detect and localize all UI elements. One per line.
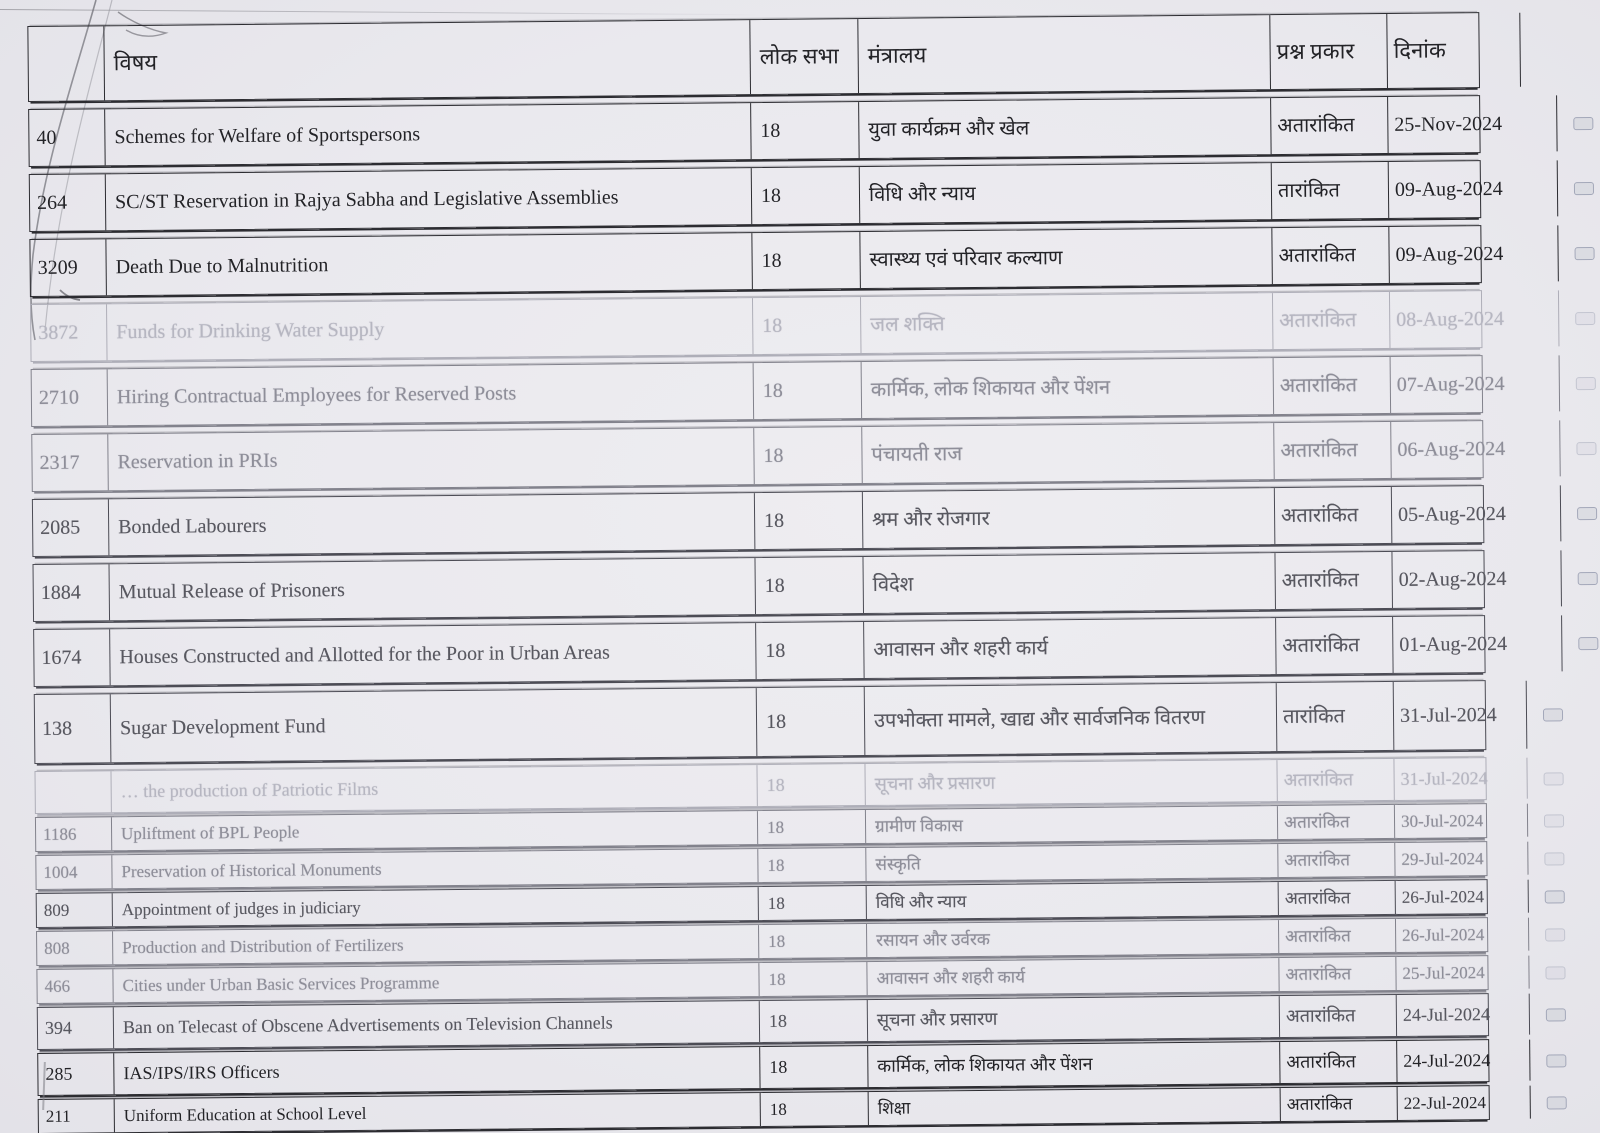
cell-ministry: विधि और न्याय [859, 163, 1272, 223]
cell-house: 18 [751, 232, 860, 289]
cell-qtype: अतारांकित [1278, 919, 1395, 953]
column-header-ministry: मंत्रालय [857, 15, 1270, 93]
stamp-cell [1529, 993, 1579, 1034]
cell-qtype: अतारांकित [1272, 292, 1390, 349]
cell-text: Appointment of judges in judiciary [122, 894, 752, 921]
cell-text: 05-Aug-2024 [1398, 502, 1518, 528]
cell-ministry: रसायन और उर्वरक [866, 920, 1278, 957]
cell-subject: Schemes for Welfare of Sportspersons [104, 103, 751, 165]
table-row: 40Schemes for Welfare of Sportspersons18… [28, 95, 1480, 167]
cell-ministry: विधि और न्याय [866, 882, 1278, 919]
cell-date: 31-Jul-2024 [1393, 758, 1526, 800]
cell-text: 26-Jul-2024 [1402, 886, 1522, 908]
cell-text: सूचना और प्रसारण [875, 770, 1271, 796]
cell-ministry: जल शक्ति [860, 293, 1273, 353]
cell-subject: Sugar Development Fund [110, 688, 757, 762]
table-row: 264SC/ST Reservation in Rajya Sabha and … [29, 160, 1481, 232]
cell-num: 2710 [32, 369, 108, 426]
cell-text: संस्कृति [875, 851, 1271, 876]
cell-date: 09-Aug-2024 [1388, 160, 1558, 218]
cell-text: 264 [37, 191, 99, 216]
cell-text: 40 [36, 126, 98, 151]
stamp-cell [1528, 879, 1578, 912]
cell-num: 264 [30, 174, 106, 231]
cell-text: अतारांकित [1286, 1005, 1390, 1028]
cell-date: 22-Jul-2024 [1397, 1086, 1530, 1120]
cell-num: 3209 [30, 239, 106, 296]
cell-house: 18 [757, 848, 865, 882]
cell-text: 09-Aug-2024 [1395, 242, 1515, 268]
cell-num: 2317 [32, 434, 108, 491]
table-header-row: विषयलोक सभामंत्रालयप्रश्न प्रकारदिनांक [27, 12, 1480, 102]
stamp-cell [1560, 485, 1600, 541]
cell-house: 18 [750, 102, 859, 159]
cell-text: 1186 [43, 824, 105, 845]
column-header-label: दिनांक [1394, 37, 1514, 65]
cell-subject: Funds for Drinking Water Supply [106, 298, 753, 360]
cell-num: 40 [29, 109, 105, 166]
cell-text: Mutual Release of Prisoners [119, 574, 749, 604]
stamp-cell [1557, 160, 1600, 216]
cell-qtype: अतारांकित [1276, 759, 1393, 801]
cell-text: 18 [765, 638, 857, 663]
cell-subject: Reservation in PRIs [107, 428, 754, 490]
cell-subject: Mutual Release of Prisoners [109, 558, 756, 620]
cell-date: 26-Jul-2024 [1395, 918, 1528, 952]
cell-qtype: अतारांकित [1270, 97, 1388, 154]
cell-house: 18 [753, 362, 862, 419]
cell-text [43, 792, 105, 793]
cell-text: Ban on Telecast of Obscene Advertisement… [123, 1011, 753, 1039]
cell-text: Production and Distribution of Fertilize… [122, 932, 752, 959]
cell-text: जल शक्ति [870, 309, 1266, 337]
cell-text: SC/ST Reservation in Rajya Sabha and Leg… [115, 184, 745, 214]
cell-qtype: अतारांकित [1277, 805, 1394, 839]
cell-text: Uniform Education at School Level [124, 1100, 754, 1127]
stamp-icon [1575, 312, 1595, 325]
cell-house: 18 [753, 427, 862, 484]
cell-date: 25-Nov-2024 [1387, 95, 1557, 153]
cell-text: 18 [769, 1010, 861, 1033]
cell-text: 18 [764, 508, 856, 533]
stamp-cell [1557, 225, 1600, 281]
cell-text: 1884 [41, 581, 103, 606]
stamp-icon [1577, 507, 1597, 520]
cell-date: 05-Aug-2024 [1391, 485, 1561, 543]
cell-text: 01-Aug-2024 [1399, 632, 1519, 658]
cell-num: 809 [37, 893, 112, 927]
column-header-date: दिनांक [1386, 13, 1520, 88]
cell-qtype: अतारांकित [1278, 957, 1395, 991]
column-header-subject: विषय [103, 20, 750, 100]
cell-qtype: अतारांकित [1278, 881, 1395, 915]
cell-ministry: ग्रामीण विकास [865, 806, 1277, 843]
stamp-icon [1545, 928, 1565, 941]
cell-num: 1674 [34, 629, 110, 686]
stamp-icon [1576, 377, 1596, 390]
cell-text: 18 [768, 893, 860, 915]
cell-ministry: उपभोक्ता मामले, खाद्य और सार्वजनिक वितरण [864, 683, 1277, 755]
cell-text: 24-Jul-2024 [1403, 1004, 1523, 1027]
cell-text: Hiring Contractual Employees for Reserve… [117, 379, 747, 409]
cell-text: अतारांकित [1282, 633, 1386, 658]
cell-text: 18 [762, 313, 854, 338]
column-header-label: प्रश्न प्रकार [1277, 38, 1381, 66]
cell-text: अतारांकित [1281, 503, 1385, 528]
cell-text: 18 [762, 248, 854, 273]
stamp-cell [1559, 355, 1600, 411]
stamp-cell [1560, 550, 1600, 606]
cell-num: 1004 [36, 855, 111, 889]
cell-date: 09-Aug-2024 [1388, 225, 1558, 283]
cell-text: अतारांकित [1284, 850, 1388, 872]
cell-text: पंचायती राज [871, 439, 1267, 467]
cell-qtype: अतारांकित [1279, 995, 1396, 1037]
cell-num [35, 771, 110, 813]
cell-text: अतारांकित [1280, 438, 1384, 463]
cell-text: Funds for Drinking Water Supply [116, 314, 746, 344]
cell-text: 18 [767, 855, 859, 877]
cell-qtype: तारांकित [1276, 682, 1394, 751]
cell-subject: Preservation of Historical Monuments [111, 849, 757, 888]
cell-num: 808 [37, 931, 112, 965]
cell-text: अतारांकित [1282, 568, 1386, 593]
cell-house: 18 [758, 962, 866, 996]
cell-text: युवा कार्यक्रम और खेल [868, 114, 1264, 142]
stamp-icon [1545, 890, 1565, 903]
table-row: 3872Funds for Drinking Water Supply18जल … [30, 290, 1482, 362]
cell-subject: Upliftment of BPL People [111, 811, 757, 850]
cell-text: 18 [767, 817, 859, 839]
cell-date: 24-Jul-2024 [1396, 1040, 1529, 1082]
cell-text: 25-Nov-2024 [1394, 112, 1514, 138]
scanned-document-page: विषयलोक सभामंत्रालयप्रश्न प्रकारदिनांक40… [0, 0, 1600, 1133]
cell-text: 2085 [40, 516, 102, 541]
cell-house: 18 [758, 886, 866, 920]
table-row: 138Sugar Development Fund18उपभोक्ता मामल… [34, 680, 1487, 764]
stamp-icon [1544, 852, 1564, 865]
cell-text: Sugar Development Fund [120, 710, 750, 740]
cell-ministry: सूचना और प्रसारण [867, 996, 1279, 1041]
cell-text: विदेश [873, 569, 1269, 597]
cell-text: 18 [768, 969, 860, 991]
cell-text: कार्मिक, लोक शिकायत और पेंशन [871, 374, 1267, 402]
cell-text: तारांकित [1283, 704, 1387, 729]
cell-date: 30-Jul-2024 [1394, 804, 1527, 838]
cell-subject: Ban on Telecast of Obscene Advertisement… [113, 1001, 759, 1048]
cell-text: 18 [767, 774, 859, 797]
cell-qtype: अतारांकित [1273, 422, 1391, 479]
cell-text: 24-Jul-2024 [1403, 1050, 1523, 1073]
cell-text: 06-Aug-2024 [1397, 437, 1517, 463]
column-header-num [28, 26, 104, 101]
cell-ministry: सूचना और प्रसारण [864, 760, 1276, 805]
stamp-cell [1561, 615, 1600, 671]
cell-text: Schemes for Welfare of Sportspersons [114, 119, 744, 149]
cell-qtype: अतारांकित [1277, 843, 1394, 877]
cell-date: 24-Jul-2024 [1396, 994, 1529, 1036]
cell-text: स्वास्थ्य एवं परिवार कल्याण [870, 244, 1266, 272]
cell-text: 02-Aug-2024 [1399, 567, 1519, 593]
cell-num: 211 [39, 1099, 114, 1133]
stamp-cell [1558, 290, 1600, 346]
cell-text: Houses Constructed and Allotted for the … [119, 639, 749, 669]
cell-text: 138 [42, 717, 104, 742]
cell-date: 08-Aug-2024 [1389, 290, 1559, 348]
cell-text: 211 [46, 1106, 108, 1127]
cell-text: 07-Aug-2024 [1397, 372, 1517, 398]
stamp-cell [1527, 841, 1577, 874]
cell-house: 18 [755, 622, 864, 679]
cell-text: अतारांकित [1284, 812, 1388, 834]
cell-text: 808 [44, 938, 106, 959]
cell-text: 18 [763, 443, 855, 468]
cell-house: 18 [757, 810, 865, 844]
cell-ministry: आवासन और शहरी कार्य [866, 958, 1278, 995]
cell-text: आवासन और शहरी कार्य [873, 634, 1269, 662]
cell-text: Bonded Labourers [118, 509, 748, 539]
cell-date: 29-Jul-2024 [1394, 842, 1527, 876]
cell-ministry: श्रम और रोजगार [862, 488, 1275, 548]
stamp-icon [1546, 1054, 1566, 1067]
stamp-cell [1556, 95, 1600, 151]
cell-num: 1884 [34, 564, 110, 621]
cell-house: 18 [754, 492, 863, 549]
stamp-icon [1546, 1008, 1566, 1021]
cell-subject: SC/ST Reservation in Rajya Sabha and Leg… [105, 168, 752, 230]
cell-text: Cities under Urban Basic Services Progra… [122, 970, 752, 997]
cell-house: 18 [758, 924, 866, 958]
cell-text: अतारांकित [1287, 1094, 1391, 1116]
cell-text: 31-Jul-2024 [1401, 768, 1521, 791]
cell-house: 18 [752, 297, 861, 354]
cell-date: 25-Jul-2024 [1395, 956, 1528, 990]
cell-ministry: कार्मिक, लोक शिकायत और पेंशन [867, 1042, 1279, 1087]
cell-text: ग्रामीण विकास [875, 813, 1271, 838]
header-stamp-cell [1519, 12, 1570, 86]
cell-ministry: आवासन और शहरी कार्य [863, 618, 1276, 678]
cell-house: 18 [759, 1046, 867, 1088]
cell-qtype: अतारांकित [1275, 617, 1393, 674]
cell-text: 1674 [41, 646, 103, 671]
cell-house: 18 [751, 167, 860, 224]
column-header-label: विषय [114, 44, 744, 77]
stamp-icon [1575, 247, 1595, 260]
cell-text: 18 [765, 573, 857, 598]
cell-text: रसायन और उर्वरक [876, 927, 1272, 952]
cell-text: 18 [769, 1056, 861, 1079]
cell-text: Reservation in PRIs [117, 444, 747, 474]
cell-text: 08-Aug-2024 [1396, 307, 1516, 333]
cell-subject: Appointment of judges in judiciary [112, 887, 758, 926]
cell-text: 809 [44, 900, 106, 921]
cell-text: अतारांकित [1285, 964, 1389, 986]
cell-text: 3872 [38, 321, 100, 346]
cell-text: 2710 [39, 386, 101, 411]
cell-subject: Production and Distribution of Fertilize… [112, 925, 758, 964]
cell-text: … the production of Patriotic Films [121, 775, 751, 803]
table-row: 2317Reservation in PRIs18पंचायती राजअतार… [31, 420, 1483, 492]
cell-num: 466 [37, 969, 112, 1003]
cell-text: 26-Jul-2024 [1402, 924, 1522, 946]
stamp-icon [1573, 117, 1593, 130]
table-row: 3209Death Due to Malnutrition18स्वास्थ्य… [29, 225, 1481, 297]
cell-num: 2085 [33, 499, 109, 556]
cell-text: IAS/IPS/IRS Officers [123, 1057, 753, 1085]
cell-text: अतारांकित [1285, 888, 1389, 910]
cell-text: 31-Jul-2024 [1400, 703, 1520, 729]
cell-text: अतारांकित [1278, 243, 1382, 268]
cell-ministry: कार्मिक, लोक शिकायत और पेंशन [861, 358, 1274, 418]
cell-date: 01-Aug-2024 [1392, 615, 1562, 673]
cell-subject: Cities under Urban Basic Services Progra… [112, 963, 758, 1002]
cell-text: विधि और न्याय [876, 889, 1272, 914]
cell-qtype: अतारांकित [1271, 227, 1389, 284]
cell-text: 18 [763, 378, 855, 403]
cell-ministry: शिक्षा [868, 1088, 1280, 1125]
stamp-icon [1544, 772, 1564, 785]
cell-house: 18 [756, 687, 865, 756]
cell-ministry: पंचायती राज [861, 423, 1274, 483]
cell-date: 26-Jul-2024 [1395, 880, 1528, 914]
cell-text: 466 [44, 976, 106, 997]
stamp-cell [1528, 917, 1578, 950]
cell-text: श्रम और रोजगार [872, 504, 1268, 532]
cell-ministry: संस्कृति [865, 844, 1277, 881]
cell-subject: … the production of Patriotic Films [110, 765, 756, 812]
cell-subject: Death Due to Malnutrition [105, 233, 752, 295]
cell-text: 18 [766, 709, 858, 734]
cell-text: 30-Jul-2024 [1401, 810, 1521, 832]
stamp-cell [1530, 1085, 1580, 1118]
cell-text: 3209 [38, 256, 100, 281]
stamp-icon [1544, 814, 1564, 827]
cell-text: Death Due to Malnutrition [116, 249, 746, 279]
cell-text: अतारांकित [1286, 1051, 1390, 1074]
cell-text: सूचना और प्रसारण [877, 1006, 1273, 1032]
questions-table: विषयलोक सभामंत्रालयप्रश्न प्रकारदिनांक40… [27, 12, 1490, 1133]
cell-house: 18 [756, 764, 864, 806]
stamp-icon [1578, 637, 1598, 650]
cell-text: अतारांकित [1277, 113, 1381, 138]
cell-text: शिक्षा [878, 1095, 1274, 1120]
cell-text: विधि और न्याय [869, 179, 1265, 207]
cell-subject: Uniform Education at School Level [114, 1093, 760, 1132]
table-row: 2710Hiring Contractual Employees for Res… [31, 355, 1483, 427]
cell-text: तारांकित [1278, 178, 1382, 203]
cell-text: अतारांकित [1279, 308, 1383, 333]
cell-subject: Houses Constructed and Allotted for the … [109, 623, 756, 685]
cell-qtype: अतारांकित [1274, 552, 1392, 609]
cell-qtype: अतारांकित [1279, 1041, 1396, 1083]
cell-qtype: अतारांकित [1280, 1087, 1397, 1121]
cell-subject: IAS/IPS/IRS Officers [113, 1047, 759, 1094]
cell-text: कार्मिक, लोक शिकायत और पेंशन [877, 1052, 1273, 1078]
stamp-cell [1527, 803, 1577, 836]
cell-text: 29-Jul-2024 [1401, 848, 1521, 870]
cell-date: 07-Aug-2024 [1390, 355, 1560, 413]
stamp-cell [1526, 757, 1576, 798]
stamp-icon [1574, 182, 1594, 195]
cell-text: अतारांकित [1285, 926, 1389, 948]
cell-text: 2317 [39, 451, 101, 476]
cell-date: 06-Aug-2024 [1390, 420, 1560, 478]
cell-date: 31-Jul-2024 [1393, 681, 1527, 750]
cell-text: 22-Jul-2024 [1404, 1092, 1524, 1114]
cell-subject: Bonded Labourers [108, 493, 755, 555]
cell-house: 18 [754, 557, 863, 614]
stamp-icon [1545, 966, 1565, 979]
cell-text: 18 [770, 1099, 862, 1121]
cell-text: 09-Aug-2024 [1395, 177, 1515, 203]
cell-qtype: अतारांकित [1274, 487, 1392, 544]
page-top-edge-line [0, 9, 760, 15]
cell-ministry: विदेश [862, 553, 1275, 613]
cell-text: अतारांकित [1280, 373, 1384, 398]
cell-text: अतारांकित [1284, 769, 1388, 792]
cell-num: 394 [38, 1007, 113, 1049]
cell-house: 18 [760, 1092, 868, 1126]
cell-text: आवासन और शहरी कार्य [876, 965, 1272, 990]
cell-ministry: युवा कार्यक्रम और खेल [858, 98, 1271, 158]
cell-text: 25-Jul-2024 [1402, 962, 1522, 984]
column-header-house: लोक सभा [749, 19, 858, 94]
cell-text: 18 [768, 931, 860, 953]
cell-text: 285 [45, 1063, 107, 1086]
cell-text: उपभोक्ता मामले, खाद्य और सार्वजनिक वितरण [874, 705, 1270, 733]
cell-qtype: तारांकित [1271, 162, 1389, 219]
column-header-label: मंत्रालय [868, 39, 1264, 70]
cell-house: 18 [759, 1000, 867, 1042]
cell-subject: Hiring Contractual Employees for Reserve… [107, 363, 754, 425]
stamp-icon [1543, 708, 1563, 721]
cell-num: 3872 [31, 304, 107, 361]
cell-text: Upliftment of BPL People [121, 818, 751, 845]
table-row: 1674Houses Constructed and Allotted for … [33, 615, 1485, 687]
stamp-cell [1529, 1039, 1579, 1080]
column-header-label [36, 64, 98, 65]
table-row: 2085Bonded Labourers18श्रम और रोजगारअतार… [32, 485, 1484, 557]
cell-date: 02-Aug-2024 [1391, 550, 1561, 608]
stamp-icon [1576, 442, 1596, 455]
cell-text: Preservation of Historical Monuments [121, 856, 751, 883]
cell-text: 1004 [43, 862, 105, 883]
column-header-qtype: प्रश्न प्रकार [1269, 14, 1387, 89]
cell-ministry: स्वास्थ्य एवं परिवार कल्याण [859, 228, 1272, 288]
table-row: 1884Mutual Release of Prisoners18विदेशअत… [32, 550, 1484, 622]
stamp-cell [1526, 680, 1577, 748]
cell-text: 18 [760, 118, 852, 143]
stamp-icon [1578, 572, 1598, 585]
cell-num: 1186 [36, 817, 111, 851]
stamp-cell [1559, 420, 1600, 476]
cell-text: 394 [45, 1017, 107, 1040]
stamp-icon [1547, 1096, 1567, 1109]
cell-text: 18 [761, 183, 853, 208]
cell-num: 285 [38, 1053, 113, 1095]
column-header-label: लोक सभा [760, 43, 852, 71]
cell-qtype: अतारांकित [1273, 357, 1391, 414]
cell-num: 138 [35, 694, 111, 763]
stamp-cell [1528, 955, 1578, 988]
